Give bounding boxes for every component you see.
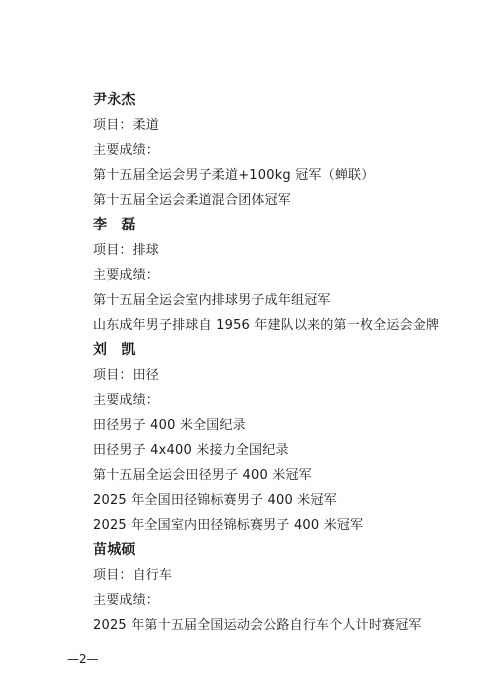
athlete-name: 尹永杰 [93,88,473,113]
athlete-project: 项目：柔道 [93,113,473,138]
document-body: 尹永杰 项目：柔道 主要成绩： 第十五届全运会男子柔道+100kg 冠军（蝉联）… [93,88,473,638]
athlete-name: 苗城硕 [93,538,473,563]
achievement-item: 第十五届全运会柔道混合团体冠军 [93,188,473,213]
achievements-label: 主要成绩： [93,588,473,613]
achievement-item: 田径男子 400 米全国纪录 [93,413,473,438]
athlete-name: 李 磊 [93,213,473,238]
athlete-section: 刘 凯 项目：田径 主要成绩： 田径男子 400 米全国纪录 田径男子 4x40… [93,338,473,538]
achievement-item: 第十五届全运会室内排球男子成年组冠军 [93,288,473,313]
achievements-label: 主要成绩： [93,263,473,288]
achievement-item: 第十五届全运会田径男子 400 米冠军 [93,463,473,488]
athlete-project: 项目：排球 [93,238,473,263]
achievement-item: 2025 年全国室内田径锦标赛男子 400 米冠军 [93,513,473,538]
achievement-item: 山东成年男子排球自 1956 年建队以来的第一枚全运会金牌 [93,313,473,338]
achievements-label: 主要成绩： [93,138,473,163]
achievements-label: 主要成绩： [93,388,473,413]
athlete-section: 李 磊 项目：排球 主要成绩： 第十五届全运会室内排球男子成年组冠军 山东成年男… [93,213,473,338]
athlete-section: 尹永杰 项目：柔道 主要成绩： 第十五届全运会男子柔道+100kg 冠军（蝉联）… [93,88,473,213]
achievement-item: 2025 年第十五届全国运动会公路自行车个人计时赛冠军 [93,613,473,638]
athlete-section: 苗城硕 项目：自行车 主要成绩： 2025 年第十五届全国运动会公路自行车个人计… [93,538,473,638]
achievement-item: 2025 年全国田径锦标赛男子 400 米冠军 [93,488,473,513]
achievement-item: 田径男子 4x400 米接力全国纪录 [93,438,473,463]
athlete-name: 刘 凯 [93,338,473,363]
athlete-project: 项目：田径 [93,363,473,388]
page-number: —2— [67,652,99,666]
document-page: 尹永杰 项目：柔道 主要成绩： 第十五届全运会男子柔道+100kg 冠军（蝉联）… [0,0,500,700]
achievement-item: 第十五届全运会男子柔道+100kg 冠军（蝉联） [93,163,473,188]
athlete-project: 项目：自行车 [93,563,473,588]
